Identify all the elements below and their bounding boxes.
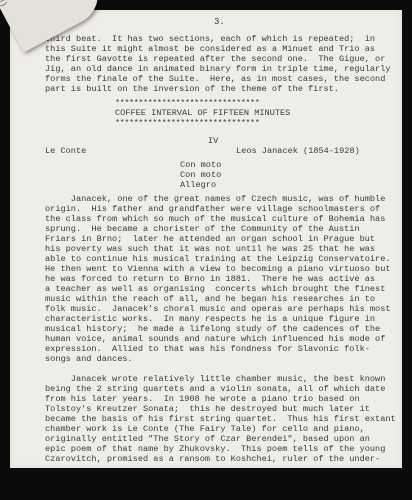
- page-number: 3.: [214, 17, 225, 27]
- text-line: being the 2 string quartets and a violin…: [45, 384, 385, 394]
- text-line: from his later years. In 1908 he wrote a…: [45, 394, 360, 404]
- text-line: Janacek, one of the great names of Czech…: [45, 194, 385, 204]
- text-line: third beat. It has two sections, each of…: [45, 34, 375, 44]
- text-line: He then went to Vienna with a view to be…: [45, 264, 391, 274]
- text-line: originally entitled "The Story of Czar B…: [45, 434, 370, 444]
- text-line: characteristic works. In many respects h…: [45, 314, 375, 324]
- text-line: able to continue his musical training at…: [45, 254, 391, 264]
- section-number: IV: [208, 136, 218, 146]
- text-line: a teacher as well as organising concerts…: [45, 284, 385, 294]
- text-line: this Suite it might almost be considered…: [45, 44, 375, 54]
- text-line: chamber work is Le Conte (The Fairy Tale…: [45, 424, 365, 434]
- text-line: became the basis of his first string qua…: [45, 414, 396, 424]
- text-line: music within the reach of all, and he be…: [45, 294, 375, 304]
- text-line: he was forced to return to Brno in 1881.…: [45, 274, 375, 284]
- corner-line: 750): [0, 0, 12, 13]
- piece-title: Le Conte: [45, 146, 86, 156]
- text-line: folk music. Janacek's choral music and o…: [45, 304, 391, 314]
- text-line: origin. His father and grandfather were …: [45, 204, 380, 214]
- text-line: the class from which so much of the musi…: [45, 214, 385, 224]
- text-line: his poverty was such that it was not unt…: [45, 244, 375, 254]
- text-line: musical history; he made a lifelong stud…: [45, 324, 380, 334]
- text-line: Janacek wrote relatively little chamber …: [45, 374, 385, 384]
- text-line: forms the finale of the Suite. Here, as …: [45, 74, 385, 84]
- text-line: epic poem of that name by Zhukovsky. Thi…: [45, 444, 385, 454]
- movement-1: Con moto: [180, 160, 221, 170]
- text-line: Friars in Brno; later he attended an org…: [45, 234, 375, 244]
- text-line: songs and dances.: [45, 354, 133, 364]
- divider-top: *******************************: [115, 98, 259, 108]
- text-line: Tolstoy's Kreutzer Sonata; this he destr…: [45, 404, 370, 414]
- text-line: Czarovitch, promised as a ransom to Kosh…: [45, 454, 380, 464]
- text-line: expression. Allied to that was his fondn…: [45, 344, 370, 354]
- text-line: Jig, an old dance in animated binary for…: [45, 64, 391, 74]
- interval-heading: COFFEE INTERVAL OF FIFTEEN MINUTES: [115, 108, 290, 118]
- document-page: 3. third beat. It has two sections, each…: [10, 10, 402, 468]
- text-line: human voice, animal sounds and nature wh…: [45, 334, 385, 344]
- text-line: the first Gavotte is repeated after the …: [45, 54, 385, 64]
- composer: Leos Janacek (1854-1928): [236, 146, 360, 156]
- divider-bottom: *******************************: [115, 118, 259, 128]
- movement-3: Allegro: [180, 180, 216, 190]
- text-line: sprung. He became a chorister of the Com…: [45, 224, 360, 234]
- text-line: part is built on the inversion of the th…: [45, 84, 339, 94]
- movement-2: Con moto: [180, 170, 221, 180]
